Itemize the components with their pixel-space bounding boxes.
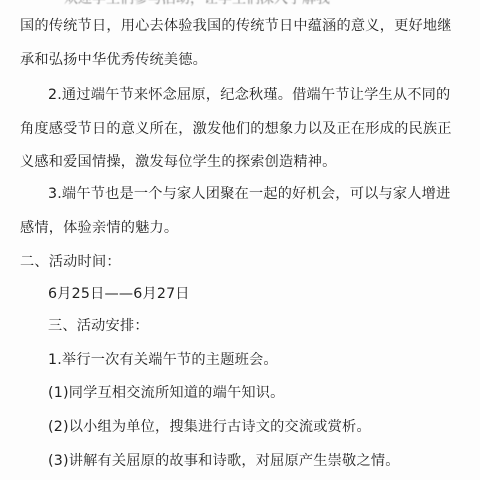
list-item: (1)同学互相交流所知道的端午知识。 bbox=[48, 383, 285, 403]
paragraph-line: 义感和爱国情操，激发每位学生的探索创造精神。 bbox=[20, 152, 337, 172]
list-item: (2)以小组为单位，搜集进行古诗文的交流或赏析。 bbox=[48, 417, 371, 437]
section-heading: 二、活动时间： bbox=[20, 252, 121, 272]
document-page: 欢迎学生们参与活动，让学生们深入了解我 国的传统节日，用心去体验我国的传统节日中… bbox=[0, 0, 480, 480]
paragraph-line: 2.通过端午节来怀念屈原，纪念秋瑾。借端午节让学生从不同的 bbox=[48, 85, 450, 105]
paragraph-line: 3.端午节也是一个与家人团聚在一起的好机会，可以与家人增进 bbox=[48, 184, 450, 204]
paragraph-line: 国的传统节日，用心去体验我国的传统节日中蕴涵的意义，更好地继 bbox=[20, 16, 452, 36]
list-item: (3)讲解有关屈原的故事和诗歌，对屈原产生崇敬之情。 bbox=[48, 451, 400, 471]
paragraph-line: 感情，体验亲情的魅力。 bbox=[20, 218, 178, 238]
paragraph-line: 角度感受节日的意义所在，激发他们的想象力以及正在形成的民族正 bbox=[20, 119, 452, 139]
cutoff-text-line: 欢迎学生们参与活动，让学生们深入了解我 bbox=[64, 0, 404, 2]
paragraph-line: 承和弘扬中华优秀传统美德。 bbox=[20, 50, 207, 70]
list-item: 1.举行一次有关端午节的主题班会。 bbox=[48, 350, 278, 370]
date-range: 6月25日——6月27日 bbox=[48, 284, 190, 304]
section-heading: 三、活动安排： bbox=[48, 316, 149, 336]
